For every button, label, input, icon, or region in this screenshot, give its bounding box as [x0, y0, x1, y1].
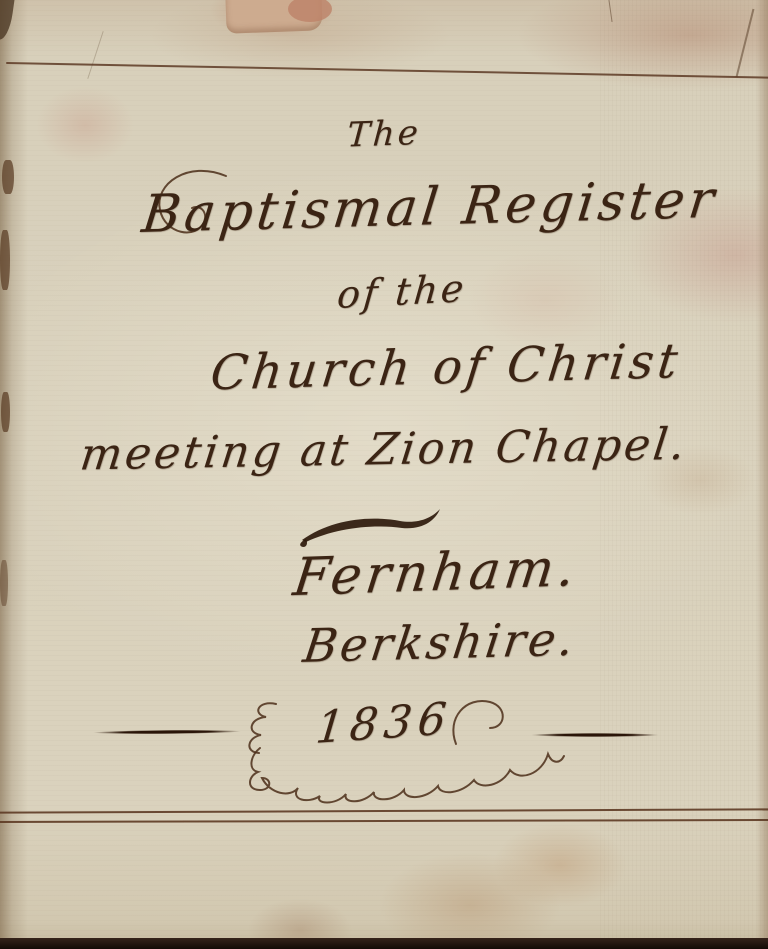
manuscript-scan: The Baptismal Register of the Church of … [0, 0, 768, 949]
right-page-edge [756, 0, 768, 949]
loop-garland-flourish [246, 742, 566, 804]
right-dash-rule [531, 733, 659, 737]
swash-flourish [296, 506, 446, 548]
bottom-board-edge [0, 938, 768, 949]
